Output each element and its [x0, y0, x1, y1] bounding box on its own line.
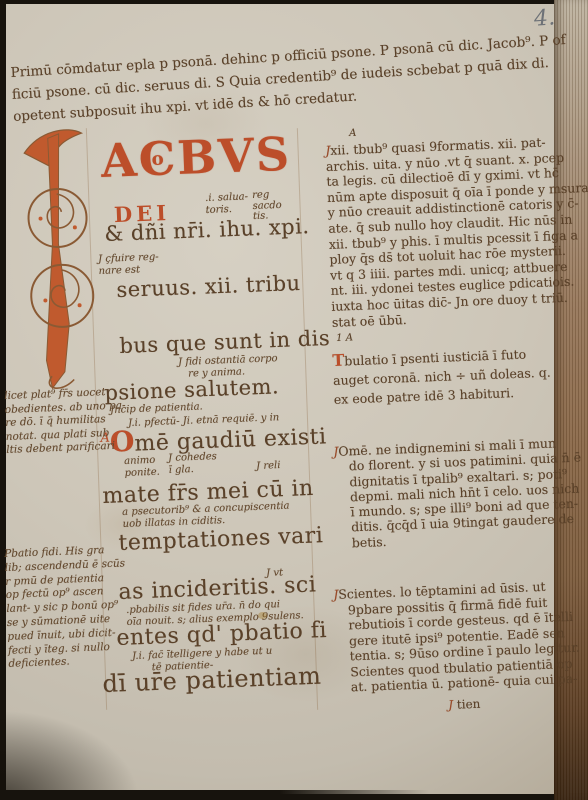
right-paragraph-2: Tbulatio ī psenti iusticiā ī futo auget … — [332, 343, 552, 409]
decorated-initial-icon — [17, 123, 98, 397]
margin-gloss-1: licet plat⁹ fr̄s uocet obedientes. ab un… — [4, 385, 127, 457]
catchword-text: tien — [457, 697, 481, 712]
gloss-regnare: J çfuire reg- nare est — [98, 252, 159, 277]
catchword: J tien — [448, 697, 481, 712]
title-letter-a: A — [100, 133, 140, 188]
title-letter-c: Co — [138, 131, 179, 186]
incipit-title: ACoBVS — [100, 127, 292, 188]
gloss-coheredes: J cohedes ī gla. — [168, 451, 217, 476]
right-paragraph-1: Jxii. tbub⁹ quasi 9formatis. xii. pat- a… — [325, 133, 588, 330]
gloss-reli: J reli — [256, 460, 281, 472]
title-letters-bvs: BVS — [176, 127, 292, 185]
right-paragraph-1-text: xii. tbub⁹ quasi 9formatis. xii. pat- ar… — [326, 135, 588, 330]
interlinear-mark-2: 1 A — [336, 332, 353, 344]
right-paragraph-4-text: Scientes. lo tēptamini ad ūsis. ut 9pbar… — [338, 579, 580, 695]
corner-shadow — [0, 710, 140, 800]
manuscript-photo: 4. Primū cōmdatur epla p psonā. dehinc p… — [0, 0, 588, 800]
margin-gloss-2: Pbatio fidi. His gra lib; ascendendū ē s… — [4, 543, 129, 672]
parchment-stain — [258, 612, 267, 619]
tribulatio-initial: T — [332, 351, 345, 370]
gloss-animo: animo ponite. — [124, 455, 160, 479]
folio-number: 4. — [533, 5, 556, 31]
right-paragraph-3-text: Omē. ne indignemini si mali ī mun do flo… — [338, 435, 581, 550]
right-paragraph-2-text: bulatio ī psenti iusticiā ī futo auget c… — [333, 347, 551, 407]
bottom-frame-edge — [0, 790, 430, 800]
right-paragraph-3: JOmē. ne indignemini si mali ī mun do fl… — [333, 435, 584, 551]
right-paragraph-4: JScientes. lo tēptamini ad ūsis. ut 9pba… — [333, 578, 581, 696]
catchword-paraph-mark: J — [448, 698, 453, 712]
interlinear-mark-1: A — [349, 128, 357, 139]
title-inner-o: o — [151, 149, 166, 171]
gloss-salvatoris: .i. salua- toris. — [205, 191, 249, 216]
